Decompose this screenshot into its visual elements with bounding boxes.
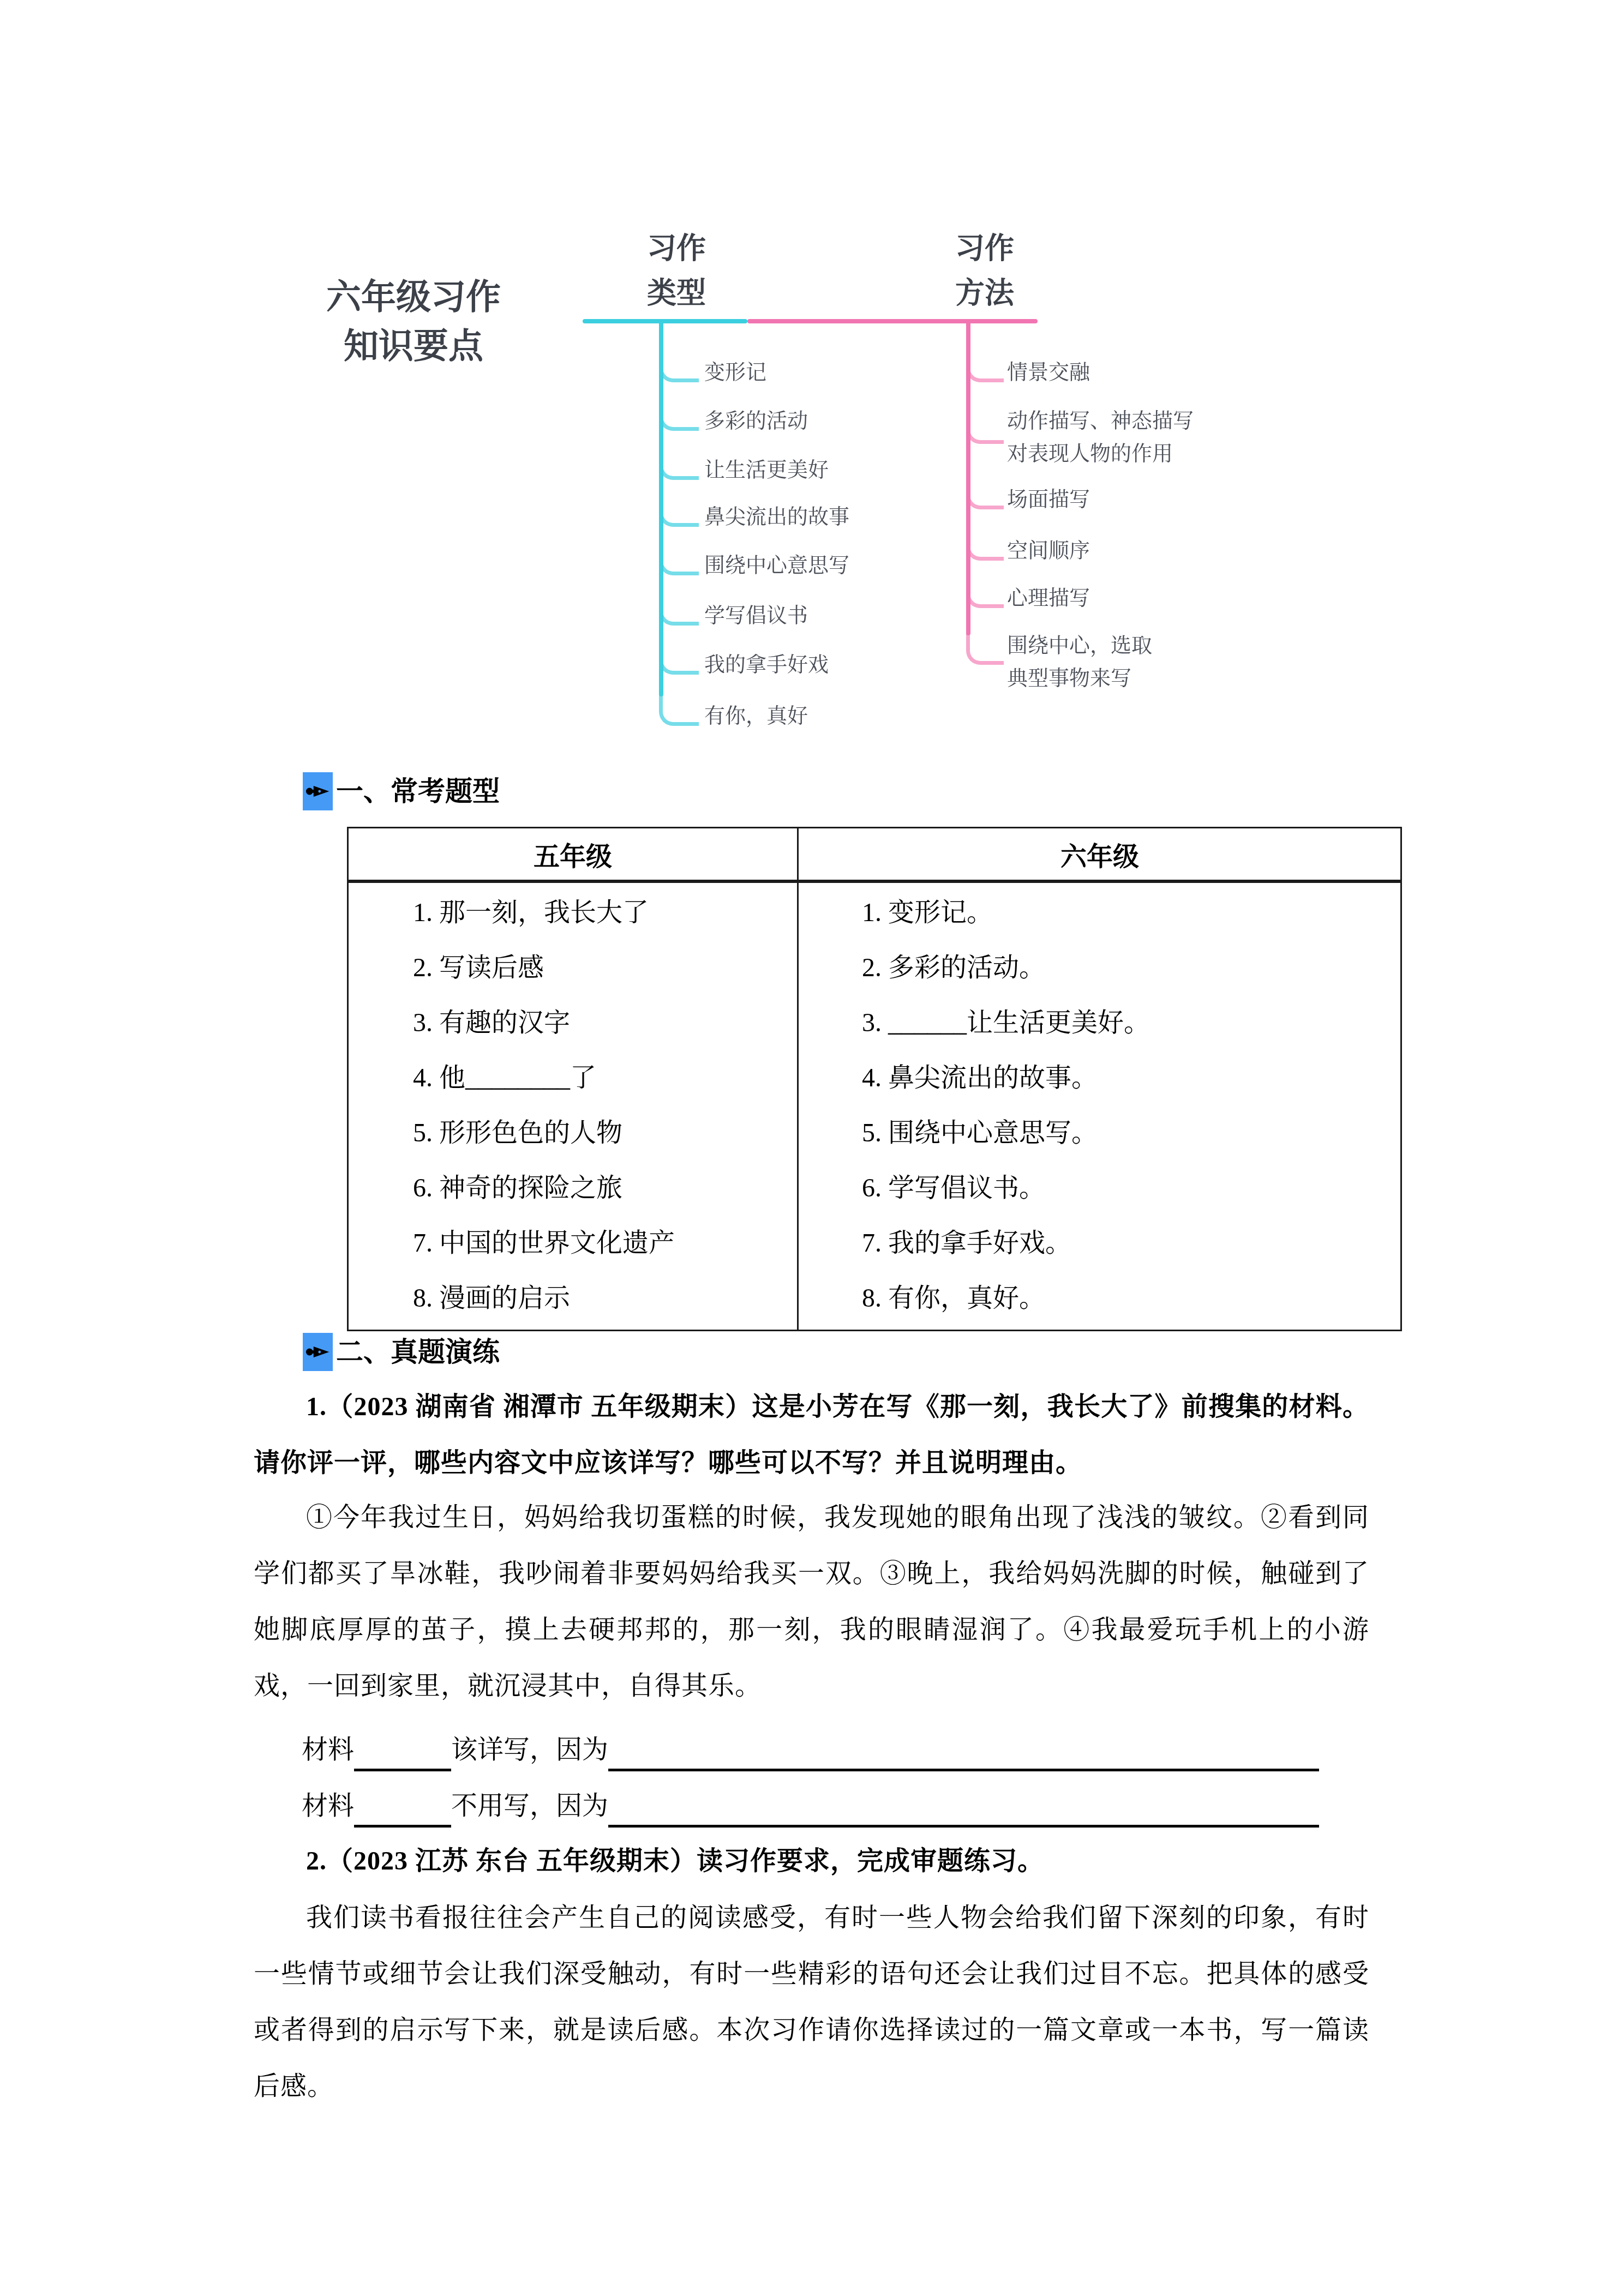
worksheet-page: { "mindmap": { "title": "六年级习作知识要点", "ty… xyxy=(0,0,1624,2296)
mindmap-item: 学写倡议书 xyxy=(704,601,808,629)
table-cell-grade6: 1. 变形记。 2. 多彩的活动。 3. ______让生活更美好。 4. 鼻尖… xyxy=(862,885,1150,1326)
connector-line xyxy=(659,398,699,431)
table-row: 4. 他________了 xyxy=(413,1050,675,1105)
mindmap-item: 鼻尖流出的故事 xyxy=(704,502,849,531)
mindmap-item: 我的拿手好戏 xyxy=(704,650,829,678)
connector-line xyxy=(659,592,699,626)
branch-label-writing-types: 习作 类型 xyxy=(647,226,706,316)
connector-line xyxy=(659,641,699,675)
table-row: 3. 有趣的汉字 xyxy=(413,995,675,1050)
table-row: 7. 中国的世界文化遗产 xyxy=(413,1216,675,1271)
table-row: 8. 漫画的启示 xyxy=(413,1271,675,1326)
connector-line xyxy=(659,349,699,382)
question-1-materials: ①今年我过生日，妈妈给我切蛋糕的时候，我发现她的眼角出现了浅浅的皱纹。②看到同学… xyxy=(254,1489,1369,1714)
connector-line xyxy=(659,447,699,480)
question-1-intro: 1.（2023 湖南省 湘潭市 五年级期末）这是小芳在写《那一刻，我长大了》前搜… xyxy=(254,1379,1369,1491)
mindmap-item: 空间顺序 xyxy=(1007,536,1090,564)
mindmap-item: 多彩的活动 xyxy=(704,406,808,435)
table-row: 8. 有你，真好。 xyxy=(862,1271,1150,1326)
connector-line xyxy=(966,476,1004,509)
table-row: 4. 鼻尖流出的故事。 xyxy=(862,1050,1150,1105)
pen-icon xyxy=(303,772,333,810)
blank-underline xyxy=(608,1758,1319,1771)
branch-label-line: 方法 xyxy=(955,271,1014,316)
mindmap-item: 场面描写 xyxy=(1007,485,1090,513)
branch-label-writing-methods: 习作 方法 xyxy=(955,226,1014,316)
mindmap-item: 变形记 xyxy=(704,358,766,386)
connector-line xyxy=(966,632,1004,665)
mindmap-trunk-types xyxy=(659,320,663,696)
table-row: 6. 学写倡议书。 xyxy=(862,1161,1150,1216)
table-header-divider xyxy=(349,880,1400,883)
table-row: 2. 写读后感 xyxy=(413,940,675,995)
table-row: 6. 神奇的探险之旅 xyxy=(413,1161,675,1216)
grade-comparison-table: 五年级 六年级 1. 那一刻，我长大了 2. 写读后感 3. 有趣的汉字 4. … xyxy=(347,827,1402,1331)
connector-line xyxy=(966,575,1004,608)
mindmap-item-line: 围绕中心，选取 xyxy=(1007,629,1152,662)
mindmap-trunk-methods xyxy=(966,320,970,635)
connector-line xyxy=(966,527,1004,561)
fill-label: 材料 xyxy=(302,1729,354,1771)
mindmap-item-line: 典型事物来写 xyxy=(1007,662,1152,694)
table-row: 1. 变形记。 xyxy=(862,885,1150,940)
mindmap-line-cyan xyxy=(583,319,747,323)
table-header-grade5: 五年级 xyxy=(349,828,797,880)
question-2-body: 我们读书看报往往会产生自己的阅读感受，有时一些人物会给我们留下深刻的印象，有时一… xyxy=(254,1890,1369,2114)
question-2-intro: 2.（2023 江苏 东台 五年级期末）读习作要求，完成审题练习。 xyxy=(254,1833,1369,1889)
section-heading-1: 一、常考题型 xyxy=(303,772,500,810)
blank-underline xyxy=(608,1814,1319,1828)
mindmap-line-pink xyxy=(747,319,1038,323)
table-row: 5. 形形色色的人物 xyxy=(413,1105,675,1161)
fill-blank-line-omit: 材料 不用写，因为 xyxy=(302,1785,1319,1828)
connector-line xyxy=(659,494,699,527)
blank-underline xyxy=(354,1814,451,1828)
table-row: 5. 围绕中心意思写。 xyxy=(862,1105,1150,1161)
blank-underline xyxy=(354,1758,451,1771)
fill-mid: 该详写，因为 xyxy=(451,1729,608,1771)
table-header-grade6: 六年级 xyxy=(799,828,1401,880)
mindmap-item: 心理描写 xyxy=(1007,584,1090,612)
table-cell-grade5: 1. 那一刻，我长大了 2. 写读后感 3. 有趣的汉字 4. 他_______… xyxy=(413,885,675,1326)
connector-line xyxy=(659,542,699,575)
table-row: 1. 那一刻，我长大了 xyxy=(413,885,675,940)
pen-icon xyxy=(303,1333,333,1371)
section-title: 一、常考题型 xyxy=(336,772,500,810)
branch-label-line: 习作 xyxy=(955,226,1014,271)
fill-label: 材料 xyxy=(302,1785,354,1828)
mindmap-item: 围绕中心意思写 xyxy=(704,551,849,579)
mindmap-item: 让生活更美好 xyxy=(704,455,829,484)
table-row: 7. 我的拿手好戏。 xyxy=(862,1216,1150,1271)
connector-line xyxy=(966,411,1004,444)
mindmap-item: 动作描写、神态描写 对表现人物的作用 xyxy=(1007,404,1194,470)
section-title: 二、真题演练 xyxy=(336,1333,500,1371)
table-row: 2. 多彩的活动。 xyxy=(862,940,1150,995)
mindmap-item-line: 对表现人物的作用 xyxy=(1007,437,1194,470)
section-heading-2: 二、真题演练 xyxy=(303,1333,500,1371)
branch-label-line: 习作 xyxy=(647,226,706,271)
table-column-divider xyxy=(797,828,799,1330)
fill-mid: 不用写，因为 xyxy=(451,1785,608,1828)
branch-label-line: 类型 xyxy=(647,271,706,316)
mindmap-title: 六年级习作知识要点 xyxy=(310,273,517,371)
mindmap-item: 有你，真好 xyxy=(704,701,808,730)
mindmap-item: 情景交融 xyxy=(1007,358,1090,386)
table-row: 3. ______让生活更美好。 xyxy=(862,995,1150,1050)
connector-line xyxy=(659,693,699,726)
mindmap-item: 围绕中心，选取 典型事物来写 xyxy=(1007,629,1152,694)
fill-blank-line-detailed: 材料 该详写，因为 xyxy=(302,1729,1319,1771)
mindmap-item-line: 动作描写、神态描写 xyxy=(1007,404,1194,437)
connector-line xyxy=(966,349,1004,382)
